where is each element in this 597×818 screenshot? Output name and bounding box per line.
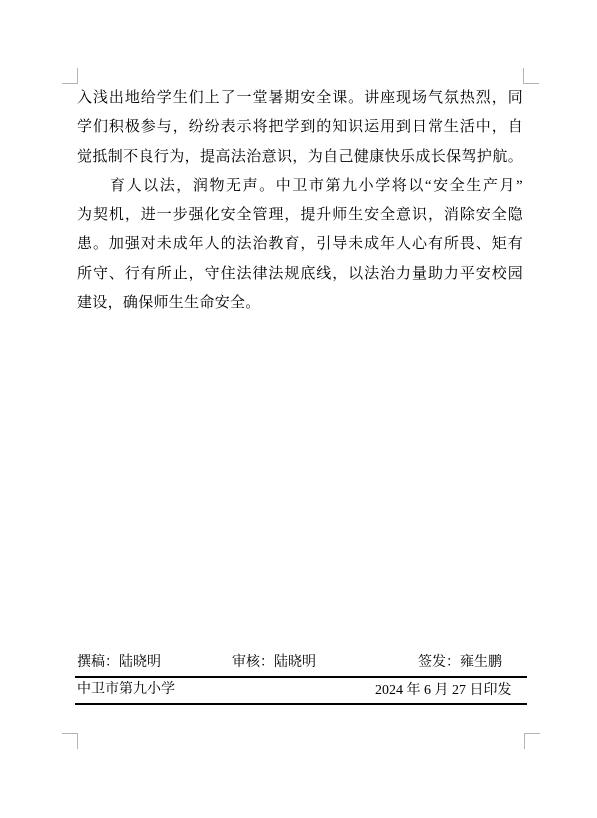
reviewer-field: 审核：陆晓明 bbox=[232, 654, 316, 671]
body-text-line: 建设，确保师生生命安全。 bbox=[77, 289, 523, 318]
body-text-line: 患。加强对未成年人的法治教育，引导未成年人心有所畏、矩有 bbox=[77, 230, 523, 259]
body-text-line: 觉抵制不良行为，提高法治意识，为自己健康快乐成长保驾护航。 bbox=[77, 143, 523, 172]
text-boundary-mark-top-left bbox=[62, 68, 78, 84]
print-date: 2024 年 6 月 27 日印发 bbox=[375, 682, 512, 699]
text-boundary-mark-bottom-right bbox=[524, 733, 540, 749]
text-boundary-mark-top-right bbox=[523, 68, 539, 84]
footer-rule-top bbox=[75, 676, 527, 678]
drafter-field: 撰稿：陆晓明 bbox=[77, 654, 161, 671]
issuer-field: 签发：雍生鹏 bbox=[418, 654, 502, 671]
document-body: 入浅出地给学生们上了一堂暑期安全课。讲座现场气氛热烈，同 学们积极参与，纷纷表示… bbox=[77, 84, 523, 318]
body-text-line: 入浅出地给学生们上了一堂暑期安全课。讲座现场气氛热烈，同 bbox=[77, 84, 523, 113]
body-text-line: 为契机，进一步强化安全管理，提升师生安全意识，消除安全隐 bbox=[77, 201, 523, 230]
body-text-line: 育人以法，润物无声。中卫市第九小学将以“安全生产月” bbox=[77, 172, 523, 201]
document-page: 入浅出地给学生们上了一堂暑期安全课。讲座现场气氛热烈，同 学们积极参与，纷纷表示… bbox=[0, 0, 597, 818]
body-text-line: 学们积极参与，纷纷表示将把学到的知识运用到日常生活中，自 bbox=[77, 113, 523, 142]
organization-name: 中卫市第九小学 bbox=[77, 681, 175, 698]
body-text-line: 所守、行有所止，守住法律法规底线，以法治力量助力平安校园 bbox=[77, 260, 523, 289]
footer-rule-bottom bbox=[75, 703, 527, 705]
text-boundary-mark-bottom-left bbox=[62, 733, 78, 749]
